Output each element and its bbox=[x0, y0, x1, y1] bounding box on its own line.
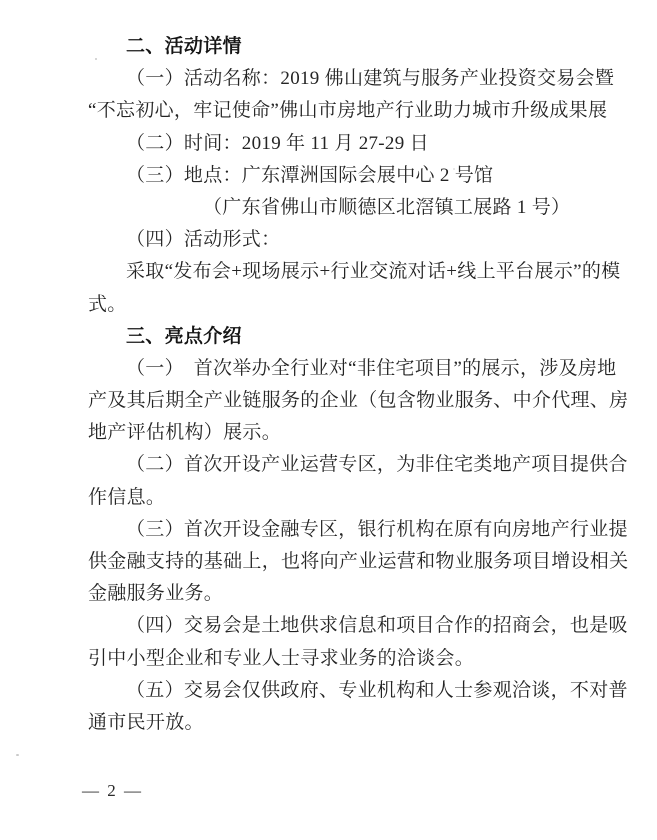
document-body: 二、活动详情 （一）活动名称：2019 佛山建筑与服务产业投资交易会暨 “不忘初… bbox=[88, 31, 600, 739]
section-heading-highlights: 三、亮点介绍 bbox=[88, 321, 600, 353]
document-line-time: （二）时间：2019 年 11 月 27-29 日 bbox=[88, 128, 600, 160]
document-line-activity-name-cont: “不忘初心，牢记使命”佛山市房地产行业助力城市升级成果展 bbox=[88, 95, 600, 127]
document-line-activity-name: （一）活动名称：2019 佛山建筑与服务产业投资交易会暨 bbox=[88, 63, 600, 95]
document-line-highlight-1-cont2: 地产评估机构）展示。 bbox=[88, 417, 600, 449]
section-heading-activity-details: 二、活动详情 bbox=[88, 31, 600, 63]
document-line-venue: （三）地点：广东潭洲国际会展中心 2 号馆 bbox=[88, 160, 600, 192]
scan-speck bbox=[95, 58, 97, 60]
document-line-highlight-5: （五）交易会仅供政府、专业机构和人士参观洽谈，不对普 bbox=[88, 675, 600, 707]
document-line-highlight-3-cont2: 金融服务业务。 bbox=[88, 578, 600, 610]
document-line-highlight-5-cont: 通市民开放。 bbox=[88, 707, 600, 739]
page-number: — 2 — bbox=[82, 781, 143, 801]
scanned-document-page: 二、活动详情 （一）活动名称：2019 佛山建筑与服务产业投资交易会暨 “不忘初… bbox=[0, 0, 657, 840]
scan-speck bbox=[453, 168, 455, 170]
document-line-highlight-2-cont: 作信息。 bbox=[88, 482, 600, 514]
document-line-highlight-2: （二）首次开设产业运营专区，为非住宅类地产项目提供合 bbox=[88, 449, 600, 481]
document-line-highlight-1-cont1: 产及其后期全产业链服务的企业（包含物业服务、中介代理、房 bbox=[88, 385, 600, 417]
document-line-highlight-1: （一） 首次举办全行业对“非住宅项目”的展示，涉及房地 bbox=[88, 353, 600, 385]
document-line-format-desc-cont: 式。 bbox=[88, 289, 600, 321]
document-line-highlight-3: （三）首次开设金融专区，银行机构在原有向房地产行业提 bbox=[88, 514, 600, 546]
document-line-highlight-3-cont1: 供金融支持的基础上，也将向产业运营和物业服务项目增设相关 bbox=[88, 546, 600, 578]
document-line-highlight-4: （四）交易会是土地供求信息和项目合作的招商会，也是吸 bbox=[88, 610, 600, 642]
document-line-venue-address: （广东省佛山市顺德区北滘镇工展路 1 号） bbox=[88, 192, 600, 224]
document-line-format-label: （四）活动形式： bbox=[88, 224, 600, 256]
scan-speck bbox=[16, 754, 19, 756]
document-line-format-desc: 采取“发布会+现场展示+行业交流对话+线上平台展示”的模 bbox=[88, 256, 600, 288]
document-line-highlight-4-cont: 引中小型企业和专业人士寻求业务的洽谈会。 bbox=[88, 643, 600, 675]
